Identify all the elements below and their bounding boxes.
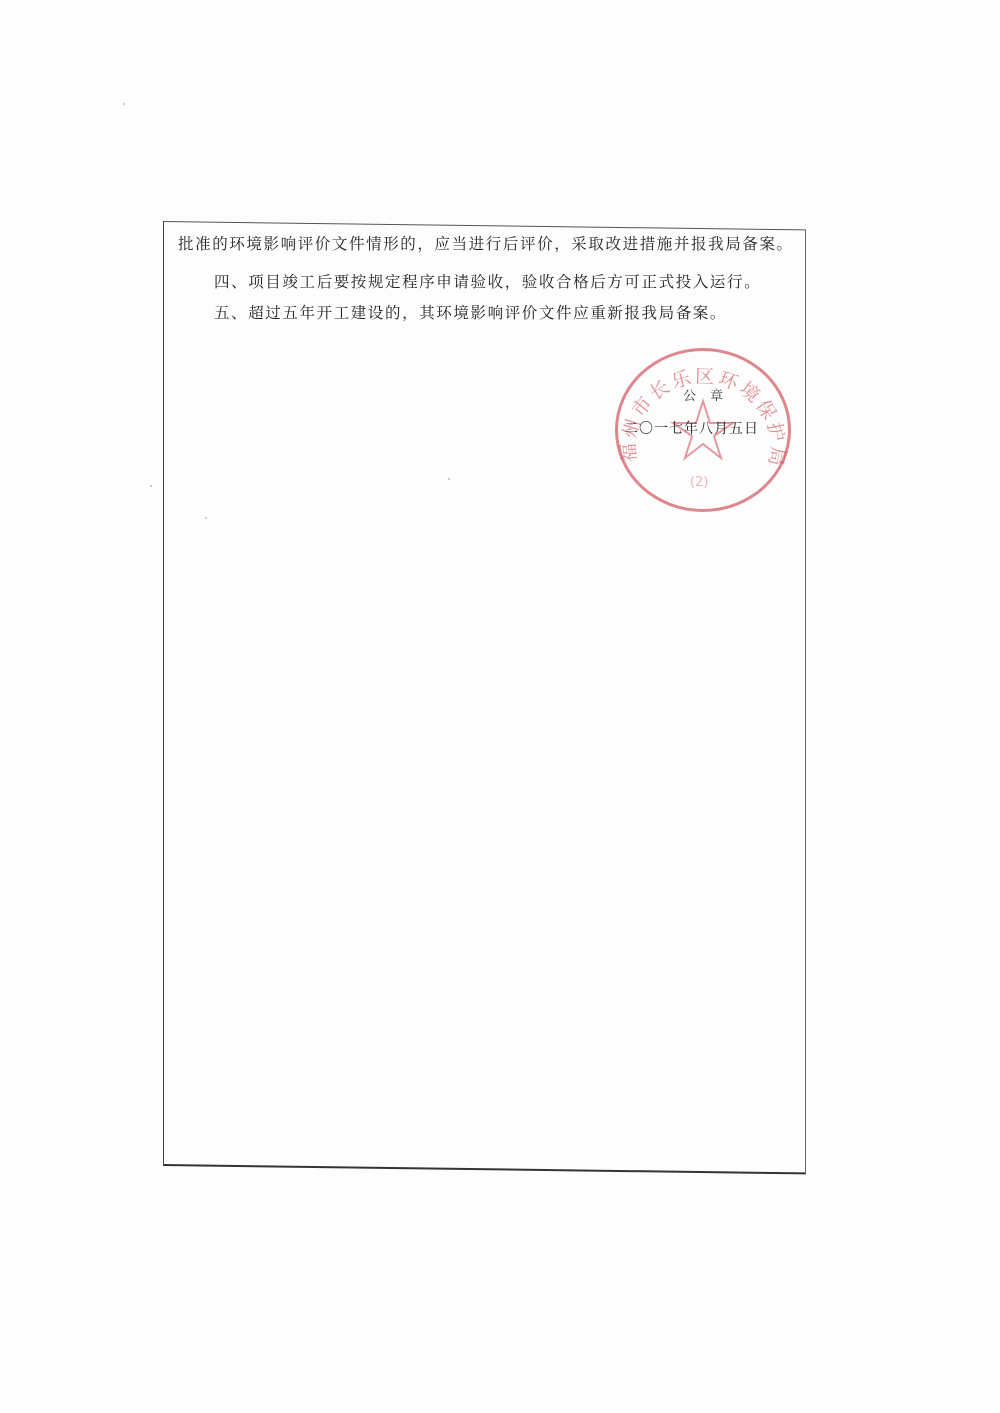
- signature-date: 二〇一七年八月五日: [624, 418, 759, 438]
- scanned-page: 批准的环境影响评价文件情形的，应当进行后评价，采取改进措施并报我局备案。 四、项…: [0, 0, 1000, 1413]
- scan-speck: [150, 485, 152, 487]
- document-border: [163, 221, 806, 1174]
- paragraph-continuation: 批准的环境影响评价文件情形的，应当进行后评价，采取改进措施并报我局备案。: [178, 232, 794, 254]
- scan-speck: [448, 478, 450, 480]
- scan-speck: [205, 517, 207, 519]
- paragraph-item-4: 四、项目竣工后要按规定程序申请验收，验收合格后方可正式投入运行。: [214, 270, 761, 292]
- seal-label: 公章: [683, 385, 737, 404]
- paragraph-item-5: 五、超过五年开工建设的，其环境影响评价文件应重新报我局备案。: [214, 301, 727, 323]
- scan-speck: [123, 103, 125, 105]
